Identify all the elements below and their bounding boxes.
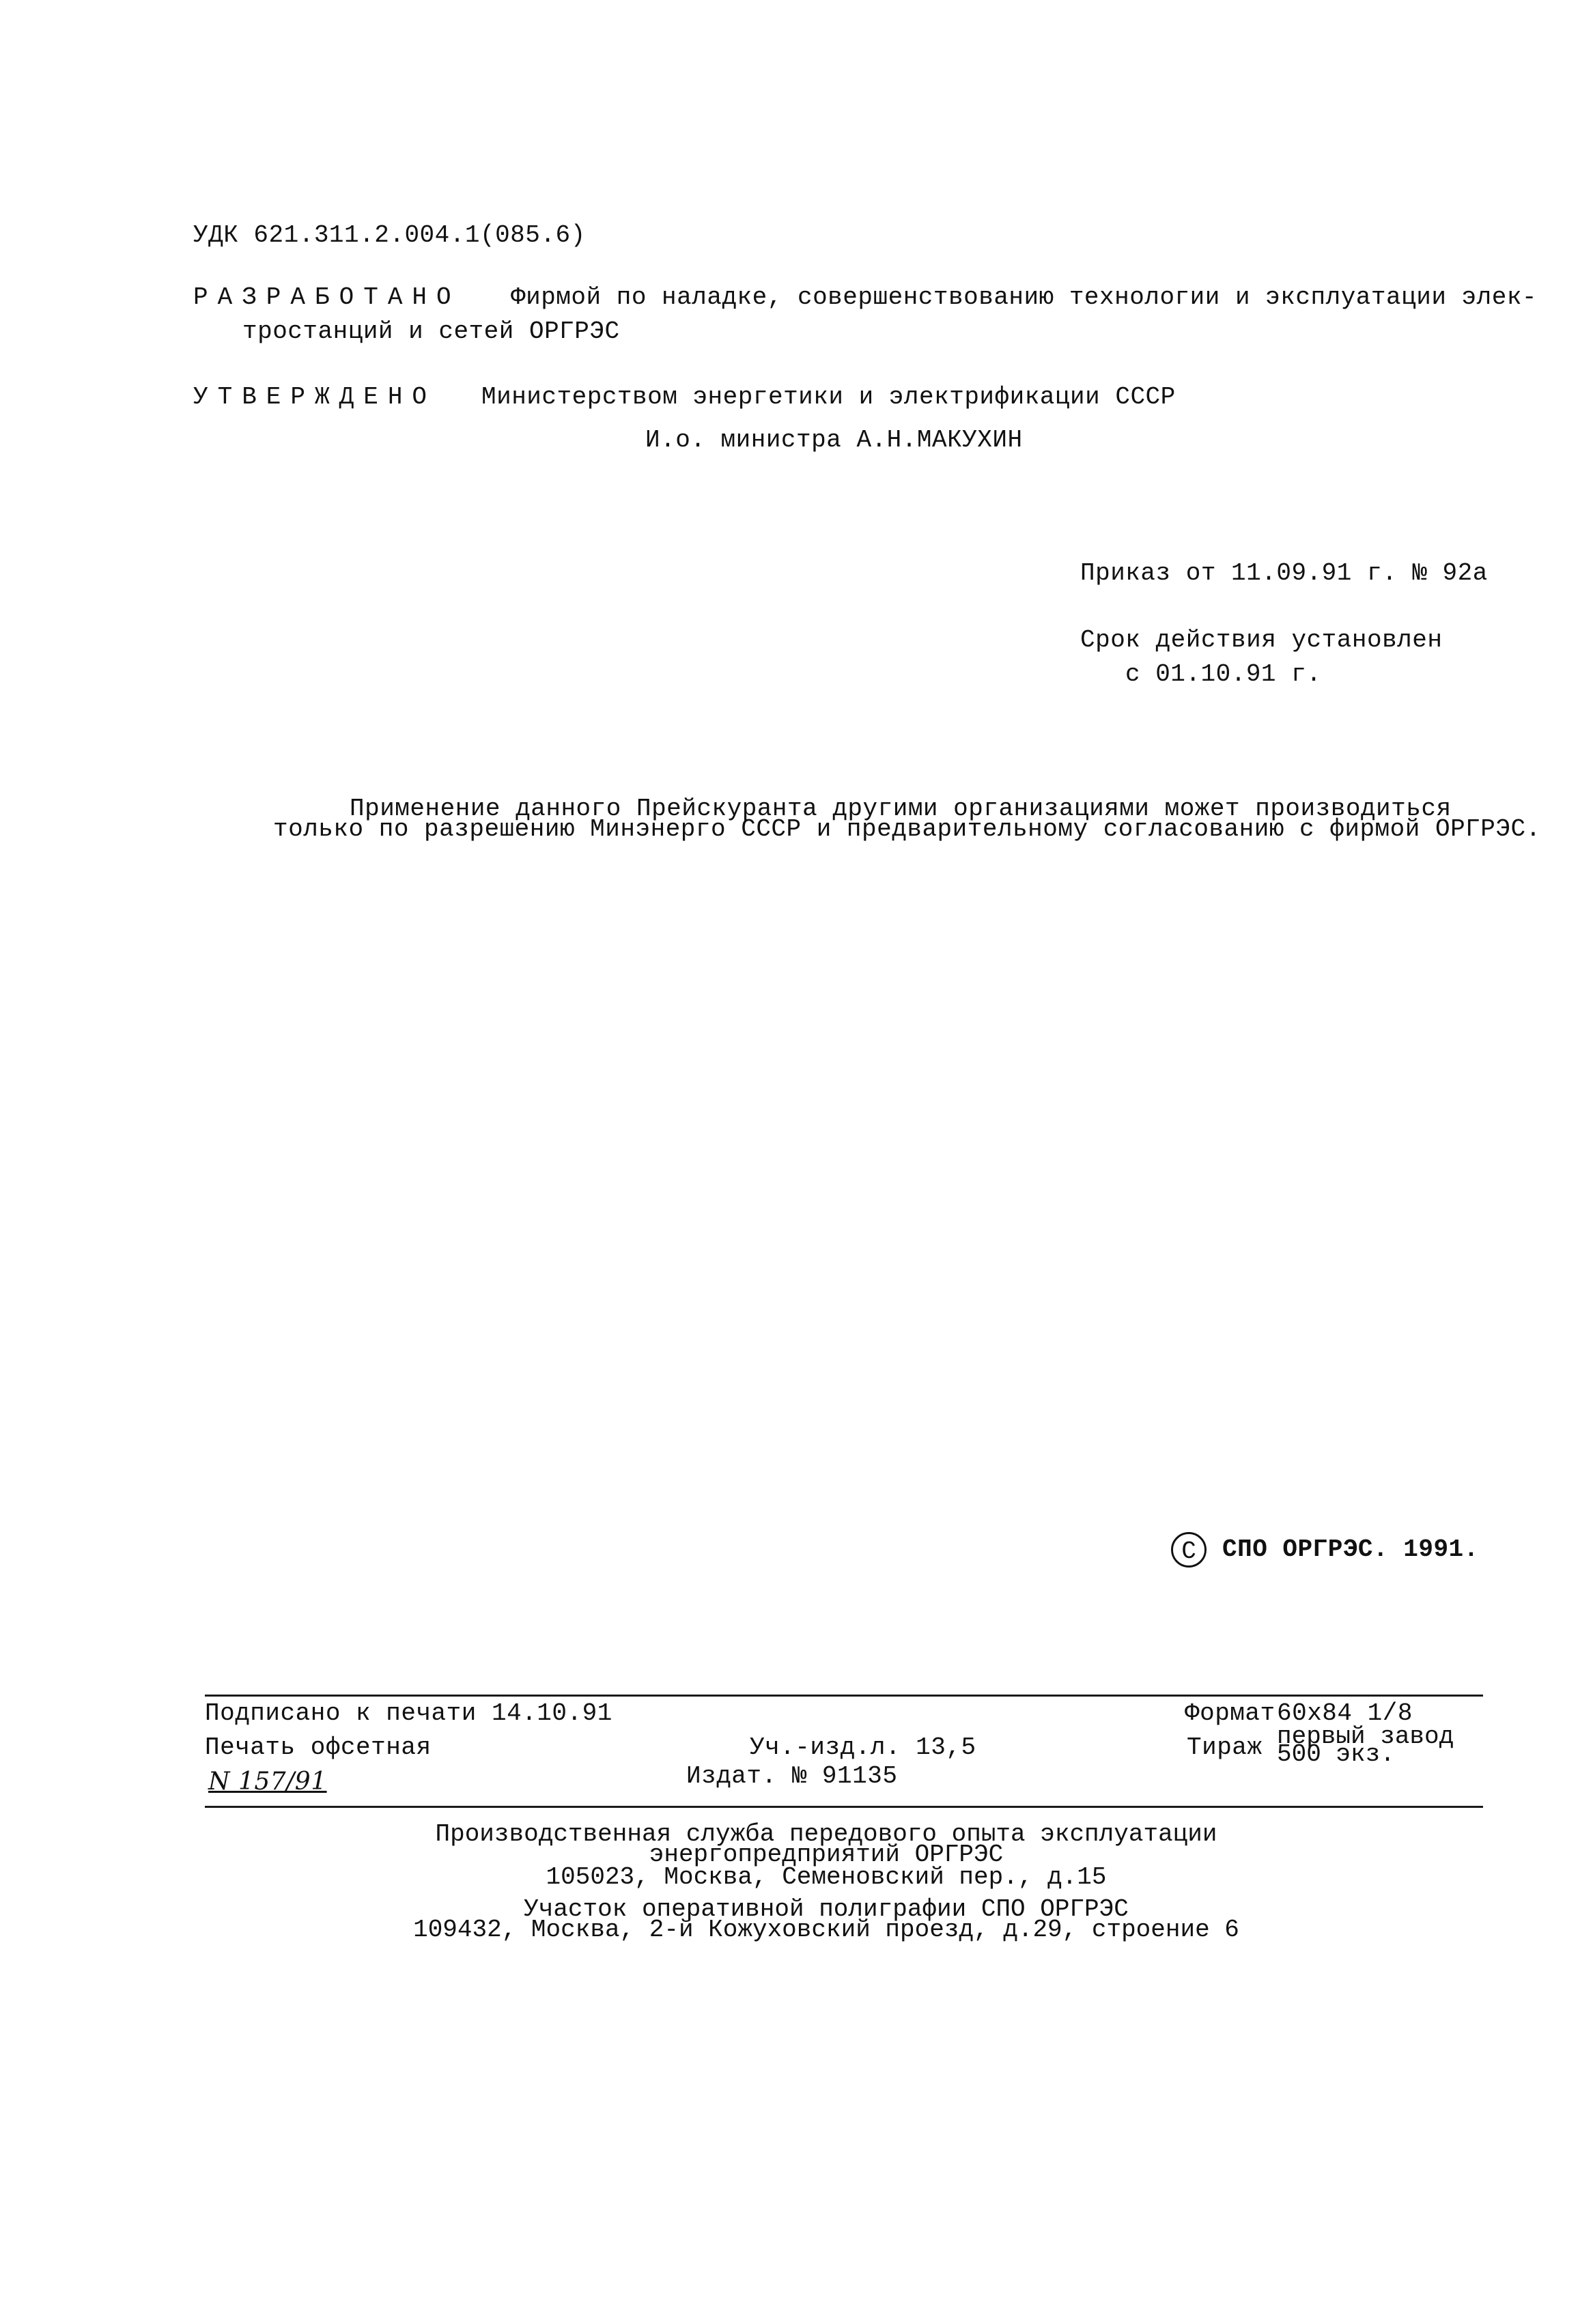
imprint-top-rule [205,1695,1483,1697]
imprint-bottom-rule [205,1806,1483,1808]
developed-text: Фирмой по наладке, совершенствованию тех… [511,284,1537,311]
validity-date: с 01.10.91 г. [1125,661,1321,688]
udk-code: УДК 621.311.2.004.1(085.6) [193,222,586,249]
academic-sheets: Уч.-изд.л. 13,5 [750,1734,976,1761]
order-line: Приказ от 11.09.91 г. № 92а [1080,560,1488,587]
developed-label: РАЗРАБОТАНО [193,284,461,311]
notice-line-2: только по разрешению Минэнерго СССР и пр… [273,819,1541,840]
signed-for-print: Подписано к печати 14.10.91 [205,1700,612,1727]
approved-by: И.о. министра А.Н.МАКУХИН [645,427,1023,454]
print-type: Печать офсетная [205,1734,432,1761]
format-label: Формат [1185,1700,1275,1727]
copyright-icon: C [1171,1532,1207,1568]
developed-text-continued: тростанций и сетей ОРГРЭС [242,318,620,345]
publisher-address: 105023, Москва, Семеновский пер., д.15 [382,1867,1270,1888]
circulation-label: Тираж [1187,1734,1263,1761]
publication-number: Издат. № 91135 [686,1763,897,1790]
circulation-value-2: 500 экз. [1277,1745,1395,1764]
validity-line: Срок действия установлен [1080,627,1442,654]
approved-text: Министерством энергетики и электрификаци… [481,384,1176,411]
copyright-text: СПО ОРГРЭС. 1991. [1222,1536,1479,1563]
approved-label: УТВЕРЖДЕНО [193,384,436,411]
publisher-line-2: энергопредприятий ОРГРЭС [382,1845,1270,1865]
printshop-address: 109432, Москва, 2-й Кожуховский проезд, … [382,1920,1270,1940]
handwritten-order-number: N 157/91 [208,1768,327,1796]
